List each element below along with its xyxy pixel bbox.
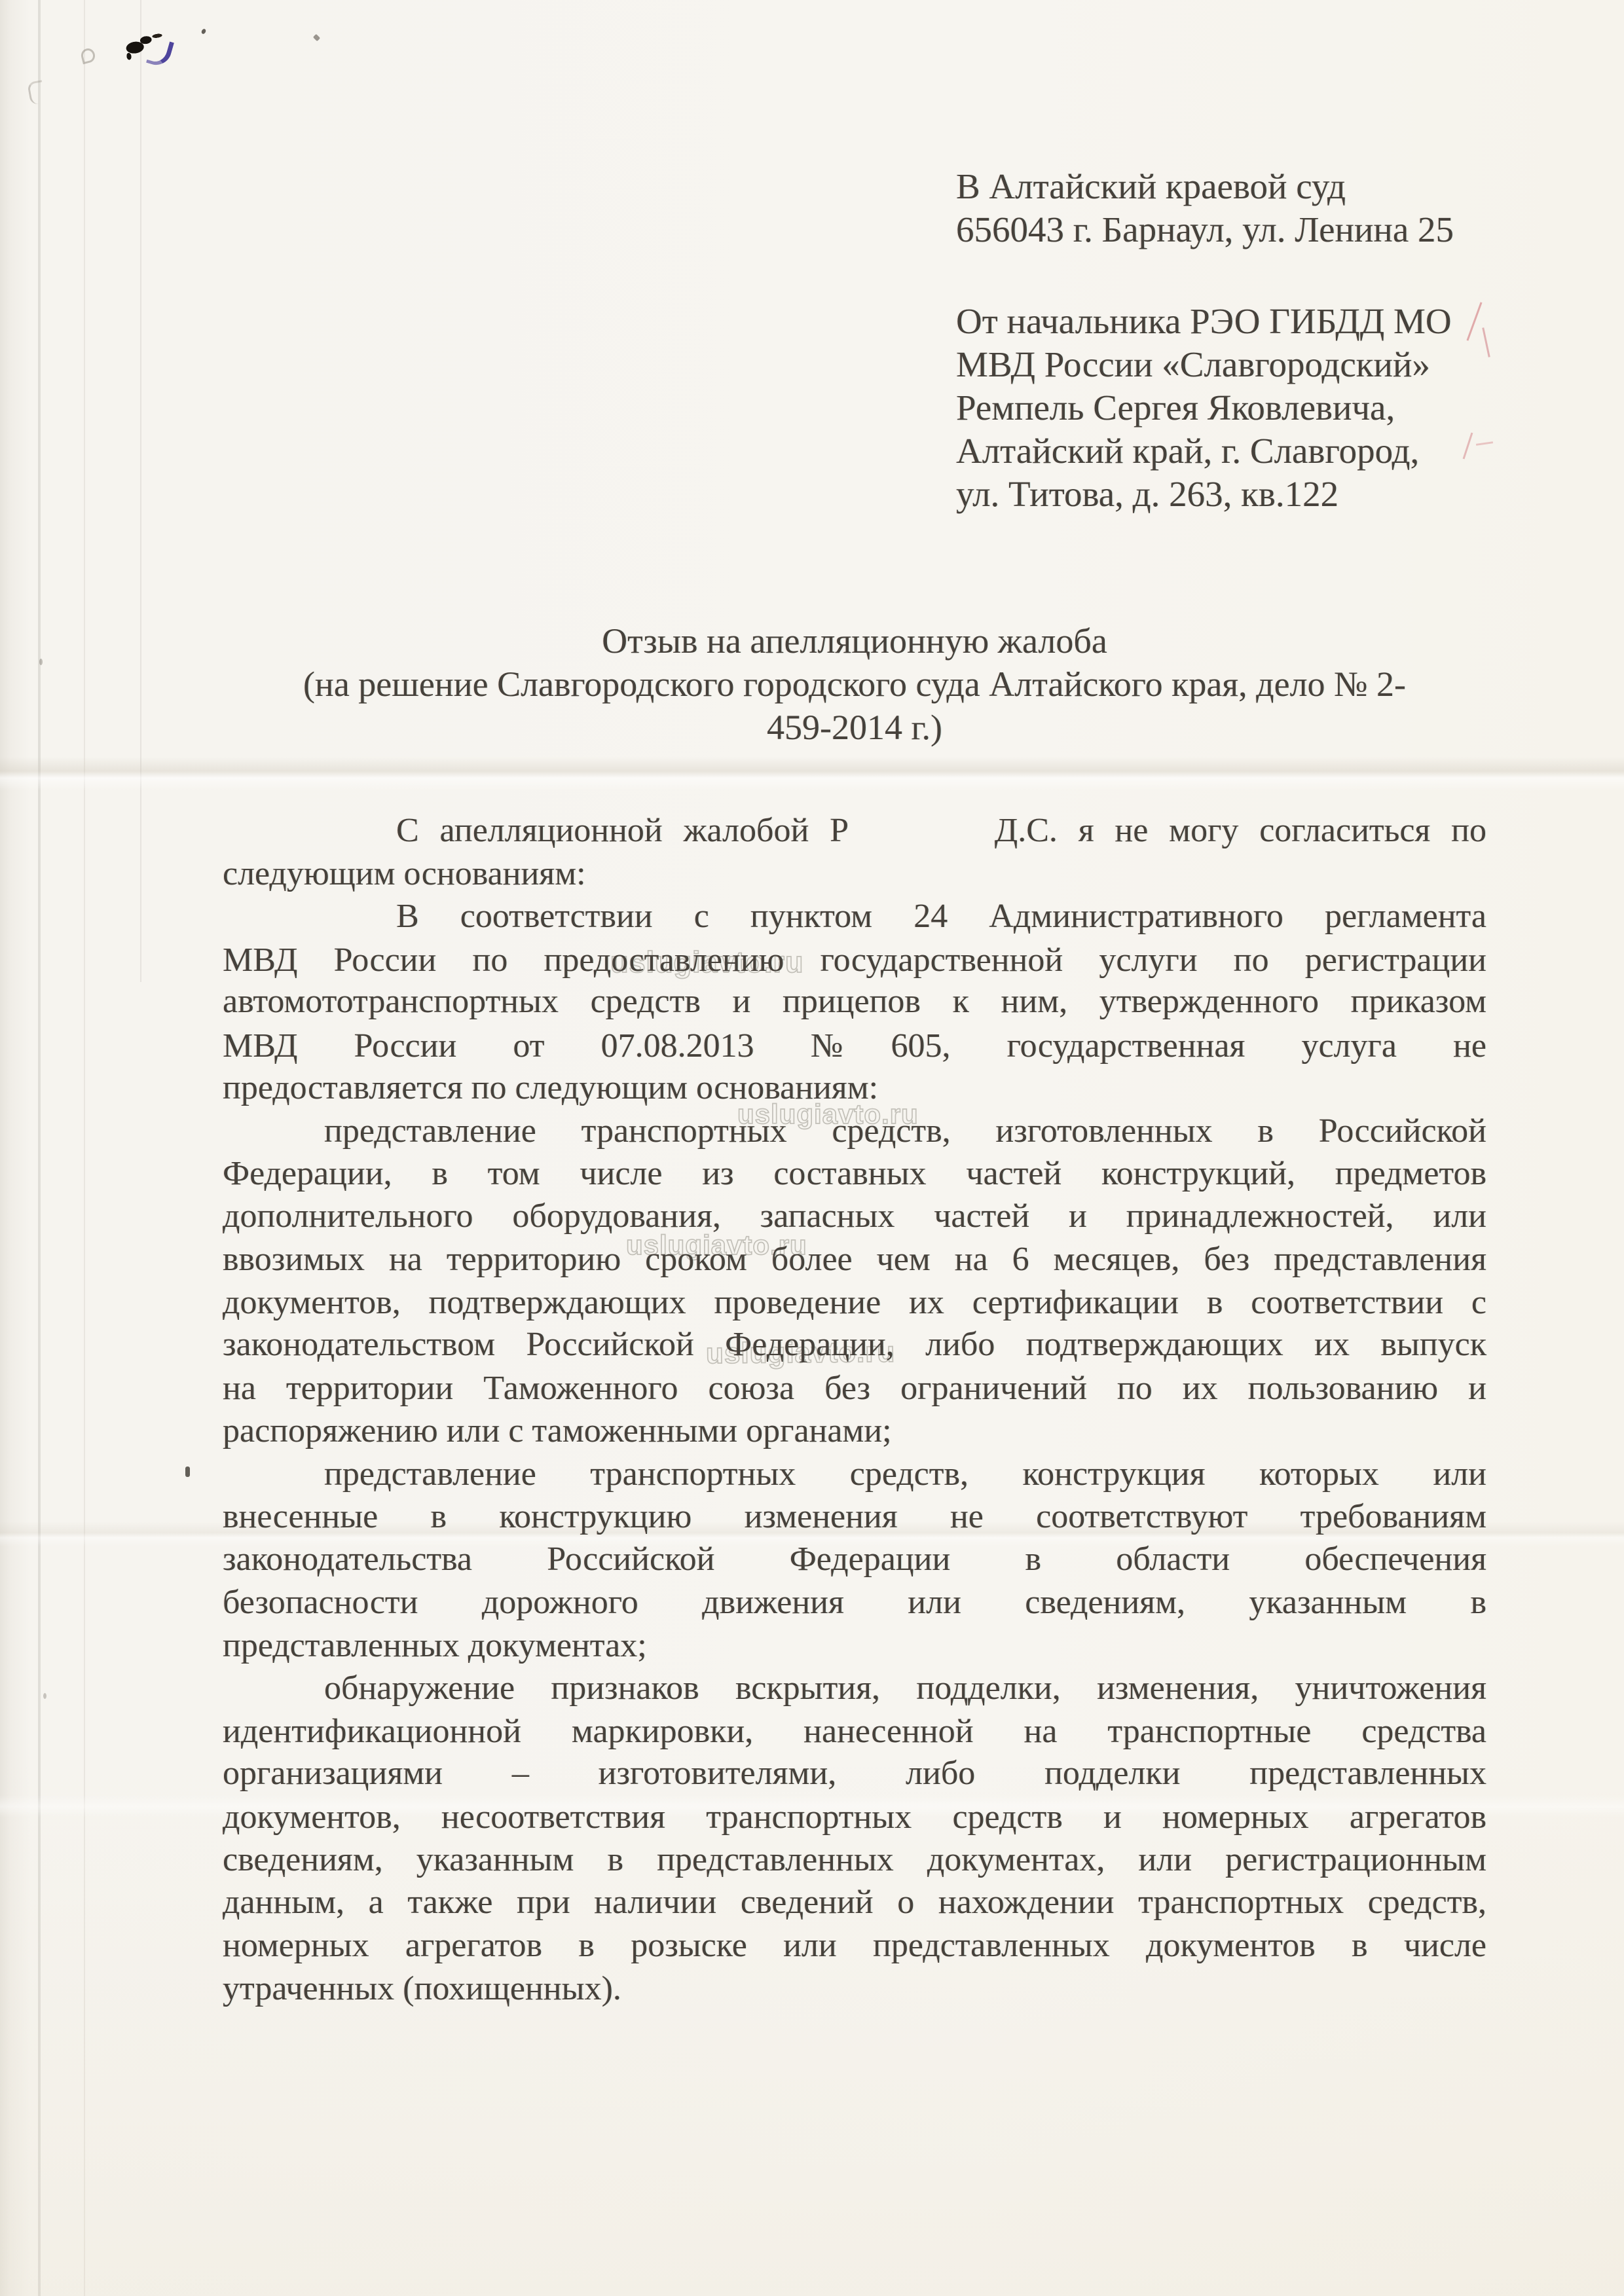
- red-pen-mark: [1463, 433, 1473, 460]
- address-line: Ремпель Сергея Яковлевича,: [956, 386, 1452, 429]
- paragraph: обнаружение признаков вскрытия, подделки…: [223, 1667, 1486, 2010]
- paragraph: В соответствии с пунктом 24 Администрати…: [223, 895, 1486, 1110]
- body-line: обнаружение признаков вскрытия, подделки…: [223, 1667, 1486, 1710]
- body-line: ввозимых на территорию сроком более чем …: [223, 1238, 1486, 1281]
- body-line: внесенные в конструкцию изменения не соо…: [223, 1495, 1486, 1539]
- address-line: МВД России «Славгородский»: [956, 343, 1452, 386]
- body-line: В соответствии с пунктом 24 Администрати…: [223, 895, 1486, 938]
- body-line: безопасности дорожного движения или свед…: [223, 1581, 1486, 1624]
- body-line: законодательства Российской Федерации в …: [223, 1538, 1486, 1581]
- body-line: представление транспортных средств, конс…: [223, 1453, 1486, 1496]
- body-line: представленных документах;: [223, 1624, 1486, 1667]
- body-line: МВД России по предоставлению государстве…: [223, 939, 1486, 982]
- title-line: (на решение Славгородского городского су…: [223, 663, 1486, 706]
- body-line: сведениям, указанным в представленных до…: [223, 1838, 1486, 1882]
- body-line: Федерации, в том числе из составных част…: [223, 1152, 1486, 1195]
- pencil-mark: [27, 80, 46, 105]
- body-line: следующим основаниям:: [223, 852, 1486, 896]
- body-line: МВД России от 07.08.2013 №605, государст…: [223, 1025, 1486, 1068]
- body-line: С апелляционной жалобой Р Д.С. я не могу…: [223, 809, 1486, 852]
- red-pen-mark: [1466, 302, 1482, 340]
- ink-speck: [200, 28, 206, 35]
- ink-speck: [43, 1693, 46, 1699]
- scanned-document-page: uslugiavto.ru uslugiavto.ru uslugiavto.r…: [0, 0, 1624, 2296]
- body-line: представление транспортных средств, изго…: [223, 1110, 1486, 1153]
- body-line: документов, подтверждающих проведение их…: [223, 1281, 1486, 1324]
- body-line: законодательством Российской Федерации, …: [223, 1323, 1486, 1366]
- body-line: дополнительного оборудования, запасных ч…: [223, 1195, 1486, 1238]
- body-line: номерных агрегатов в розыске или предста…: [223, 1924, 1486, 1967]
- paragraph: представление транспортных средств, изго…: [223, 1110, 1486, 1453]
- red-pen-mark: [1482, 327, 1490, 357]
- recipient-address-block: В Алтайский краевой суд 656043 г. Барнау…: [956, 165, 1454, 251]
- address-line: От начальника РЭО ГИБДД МО: [956, 300, 1452, 343]
- body-line: распоряжению или с таможенными органами;: [223, 1410, 1486, 1453]
- body-line: утраченных (похищенных).: [223, 1967, 1486, 2011]
- address-line: Алтайский край, г. Славгород,: [956, 429, 1452, 473]
- sender-address-block: От начальника РЭО ГИБДД МО МВД России «С…: [956, 300, 1452, 516]
- paragraph: С апелляционной жалобой Р Д.С. я не могу…: [223, 809, 1486, 895]
- pencil-mark: [80, 47, 97, 64]
- paragraph: представление транспортных средств, конс…: [223, 1453, 1486, 1667]
- body-line: идентификационной маркировки, нанесенной…: [223, 1710, 1486, 1753]
- body-line: предоставляется по следующим основаниям:: [223, 1066, 1486, 1110]
- body-line: автомототранспортных средств и прицепов …: [223, 980, 1486, 1023]
- title-line: Отзыв на апелляционную жалоба: [223, 619, 1486, 663]
- title-line: 459-2014 г.): [223, 706, 1486, 749]
- document-title: Отзыв на апелляционную жалоба (на решени…: [223, 619, 1486, 749]
- paper-crease: [0, 757, 1624, 791]
- address-line: ул. Титова, д. 263, кв.122: [956, 473, 1452, 516]
- ink-speck: [185, 1467, 190, 1477]
- body-line: документов, несоответствия транспортных …: [223, 1796, 1486, 1839]
- address-line: В Алтайский краевой суд: [956, 165, 1454, 208]
- body-line: на территории Таможенного союза без огра…: [223, 1367, 1486, 1410]
- ink-speck: [39, 659, 43, 665]
- body-line: данным, а также при наличии сведений о н…: [223, 1881, 1486, 1924]
- body-line: организациями – изготовителями, либо под…: [223, 1752, 1486, 1795]
- address-line: 656043 г. Барнаул, ул. Ленина 25: [956, 208, 1454, 251]
- document-body: С апелляционной жалобой Р Д.С. я не могу…: [223, 809, 1486, 2010]
- red-pen-mark: [1476, 441, 1493, 446]
- ink-speck: [313, 34, 320, 41]
- scan-streak: [140, 0, 141, 982]
